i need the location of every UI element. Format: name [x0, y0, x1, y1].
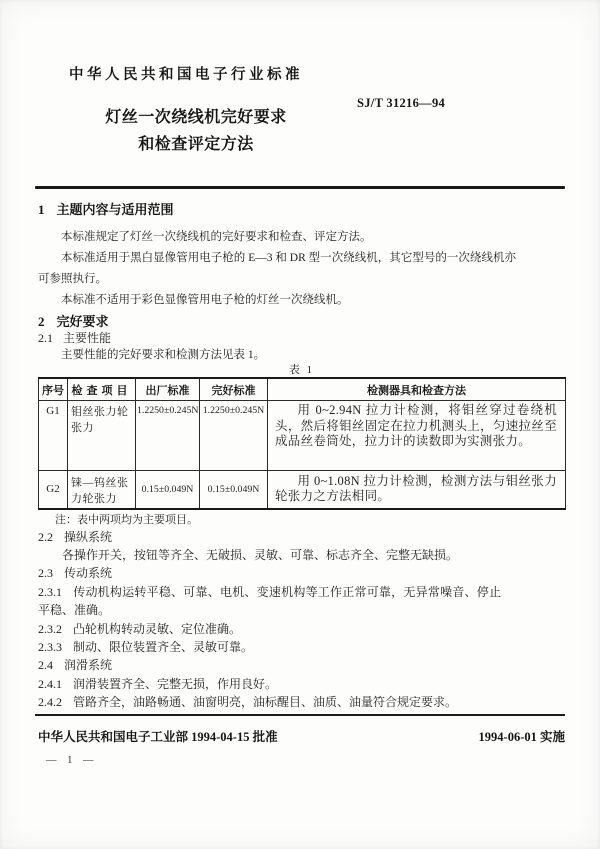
cell-g2-item: 铼—钨丝张力轮张力 [68, 471, 136, 509]
section-2-1-heading-text: 主要性能 [63, 331, 111, 345]
cell-g1-factory-std: 1.2250±0.245N [136, 401, 200, 471]
col-header-intact-std: 完好标准 [200, 378, 268, 401]
clause-2-4-1: 2.4.1润滑装置齐全、完整无损，作用良好。 [38, 675, 565, 693]
page-number: — 1 — [46, 755, 98, 766]
clause-text: 传动机构运转平稳、可靠、电机、变速机构等工作正常可靠，无异常噪音、停止平稳、准确… [38, 585, 501, 617]
clause-text: 操纵系统 [64, 530, 112, 544]
clause-2-3-2: 2.3.2凸轮机构转动灵敏、定位准确。 [38, 620, 565, 638]
table-note: 注：表中两项均为主要项目。 [38, 513, 565, 527]
clause-text: 制动、限位装置齐全、灵敏可靠。 [73, 640, 253, 654]
clause-label: 2.4 [38, 656, 53, 674]
clause-text: 管路齐全，油路畅通、油窗明亮，油标醒目、油质、油量符合规定要求。 [73, 695, 457, 709]
footer-implementation: 1994-06-01 实施 [479, 727, 565, 745]
col-header-item: 检查项目 [68, 378, 136, 401]
section-1-heading: 1主题内容与适用范围 [38, 201, 565, 218]
cell-g2-method: 用 0~1.08N 拉力计检测，检测方法与钼丝张力轮张力之方法相同。 [268, 471, 566, 509]
section-2-1-body: 主要性能的完好要求和检测方法见表 1。 [38, 347, 565, 363]
footer-divider-rule [35, 714, 565, 716]
clause-text: 润滑装置齐全、完整无损，作用良好。 [73, 677, 277, 691]
cell-g2-intact-std: 0.15±0.049N [200, 471, 268, 509]
section-1-heading-text: 主题内容与适用范围 [57, 202, 174, 217]
cell-g1-intact-std: 1.2250±0.245N [200, 401, 268, 471]
footer-approval: 中华人民共和国电子工业部 1994-04-15 批准 [38, 727, 278, 745]
section-2-1-heading: 2.1主要性能 [38, 330, 565, 347]
table-1-caption: 表 1 [38, 363, 565, 377]
document-body: 1主题内容与适用范围 本标准规定了灯丝一次绕线机的完好要求和检查、评定方法。 本… [38, 201, 565, 712]
clause-text: 凸轮机构转动灵敏、定位准确。 [73, 622, 241, 636]
clause-label: 2.4.2 [38, 693, 62, 711]
clause-2-2-body: 各操作开关，按钮等齐全、无破损、灵敏、可靠、标志齐全、完整无缺损。 [38, 546, 565, 564]
clause-label: 2.3.1 [38, 583, 62, 601]
clause-2-3-1: 2.3.1传动机构运转平稳、可靠、电机、变速机构等工作正常可靠，无异常噪音、停止… [38, 583, 501, 620]
col-header-factory-std: 出厂标准 [136, 378, 200, 401]
section-2-heading-text: 完好要求 [57, 314, 109, 329]
col-header-no: 序号 [39, 378, 68, 401]
clause-2-3-heading: 2.3传动系统 [38, 564, 565, 582]
section-2-number: 2 [38, 313, 45, 330]
clause-label: 2.3 [38, 564, 53, 582]
clause-label: 2.3.2 [38, 620, 62, 638]
performance-requirements-table: 序号 检查项目 出厂标准 完好标准 检测器具和检查方法 G1 钼丝张力轮张力 1… [38, 377, 566, 510]
cell-g1-item: 钼丝张力轮张力 [68, 401, 136, 471]
cell-g1-no: G1 [39, 401, 68, 471]
cell-g2-no: G2 [39, 471, 68, 509]
clause-list: 2.2操纵系统 各操作开关，按钮等齐全、无破损、灵敏、可靠、标志齐全、完整无缺损… [38, 528, 565, 712]
header-divider-rule [35, 186, 565, 189]
document-title-line-2: 和检查评定方法 [0, 131, 392, 158]
clause-text: 传动系统 [64, 566, 112, 580]
section-1-number: 1 [38, 201, 45, 218]
clause-2-3-3: 2.3.3制动、限位装置齐全、灵敏可靠。 [38, 638, 565, 656]
clause-2-4-heading: 2.4润滑系统 [38, 656, 565, 674]
standard-org-line: 中华人民共和国电子行业标准 [69, 63, 303, 84]
standard-document-page: 中华人民共和国电子行业标准 SJ/T 31216—94 灯丝一次绕线机完好要求 … [0, 0, 600, 849]
clause-text: 润滑系统 [64, 658, 112, 672]
table-row-g1: G1 钼丝张力轮张力 1.2250±0.245N 1.2250±0.245N 用… [39, 401, 566, 471]
cell-g2-factory-std: 0.15±0.049N [136, 471, 200, 509]
clause-2-2-heading: 2.2操纵系统 [38, 528, 565, 546]
section-1-paragraph-1: 本标准规定了灯丝一次绕线机的完好要求和检查、评定方法。 [38, 227, 565, 248]
clause-2-4-2: 2.4.2管路齐全，油路畅通、油窗明亮，油标醒目、油质、油量符合规定要求。 [38, 693, 565, 711]
clause-label: 2.2 [38, 528, 53, 546]
cell-g1-method: 用 0~2.94N 拉力计检测，将钼丝穿过卷绕机头，然后将钼丝固定在拉力机测头上… [268, 401, 566, 471]
section-2-heading: 2完好要求 [38, 313, 565, 330]
section-1-paragraph-2: 本标准适用于黑白显像管用电子枪的 E—3 和 DR 型一次绕线机，其它型号的一次… [38, 248, 516, 290]
col-header-method: 检测器具和检查方法 [268, 378, 566, 401]
clause-label: 2.4.1 [38, 675, 62, 693]
table-header-row: 序号 检查项目 出厂标准 完好标准 检测器具和检查方法 [39, 378, 566, 401]
section-1-paragraph-3: 本标准不适用于彩色显像管用电子枪的灯丝一次绕线机。 [38, 290, 565, 311]
clause-label: 2.3.3 [38, 638, 62, 656]
document-title-line-1: 灯丝一次绕线机完好要求 [0, 104, 392, 131]
section-2-1-number: 2.1 [38, 330, 53, 347]
document-title: 灯丝一次绕线机完好要求 和检查评定方法 [0, 104, 392, 158]
table-row-g2: G2 铼—钨丝张力轮张力 0.15±0.049N 0.15±0.049N 用 0… [39, 471, 566, 509]
